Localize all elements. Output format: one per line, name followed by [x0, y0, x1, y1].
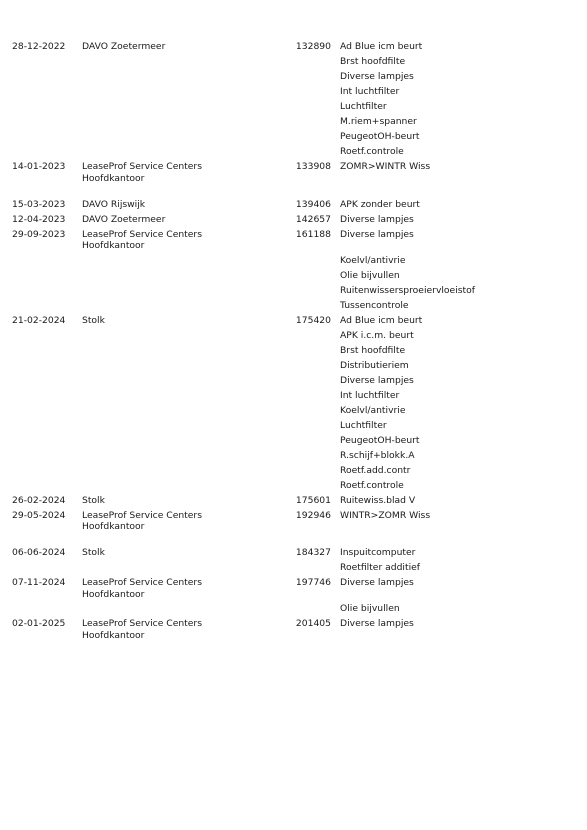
service-location-line: LeaseProf Service Centers	[82, 618, 282, 630]
odometer-km: 139406	[296, 199, 331, 210]
service-item: Ad Blue icm beurt	[340, 41, 422, 52]
service-item: Brst hoofdfilte	[340, 56, 405, 67]
service-date: 26-02-2024	[12, 495, 65, 506]
service-item: Diverse lampjes	[340, 618, 414, 629]
service-date: 14-01-2023	[12, 161, 65, 172]
odometer-km: 184327	[296, 547, 331, 558]
service-location-line: LeaseProf Service Centers	[82, 229, 282, 241]
service-location-line: LeaseProf Service Centers	[82, 510, 282, 522]
service-location-line: Hoofdkantoor	[82, 521, 282, 533]
service-location: LeaseProf Service CentersHoofdkantoor	[82, 229, 282, 252]
service-item: Tussencontrole	[340, 300, 409, 311]
service-location-line: LeaseProf Service Centers	[82, 161, 282, 173]
service-location-line: Stolk	[82, 547, 282, 559]
service-location: LeaseProf Service CentersHoofdkantoor	[82, 618, 282, 641]
service-item: Luchtfilter	[340, 101, 387, 112]
service-item: Roetfilter additief	[340, 562, 420, 573]
service-item: Int luchtfilter	[340, 86, 399, 97]
service-date: 02-01-2025	[12, 618, 65, 629]
odometer-km: 133908	[296, 161, 331, 172]
service-item: Diverse lampjes	[340, 375, 414, 386]
service-item: Olie bijvullen	[340, 270, 400, 281]
odometer-km: 197746	[296, 577, 331, 588]
service-location-line: Hoofdkantoor	[82, 589, 282, 601]
service-item: Inspuitcomputer	[340, 547, 415, 558]
service-date: 29-05-2024	[12, 510, 65, 521]
service-location: DAVO Rijswijk	[82, 199, 282, 211]
service-date: 06-06-2024	[12, 547, 65, 558]
service-location-line: DAVO Zoetermeer	[82, 41, 282, 53]
service-location-line: DAVO Rijswijk	[82, 199, 282, 211]
service-location-line: Stolk	[82, 495, 282, 507]
service-location-line: Stolk	[82, 315, 282, 327]
service-item: Olie bijvullen	[340, 603, 400, 614]
odometer-km: 175420	[296, 315, 331, 326]
service-item: Int luchtfilter	[340, 390, 399, 401]
service-item: Ruitenwissersproeiervloeistof	[340, 285, 475, 296]
service-location-line: Hoofdkantoor	[82, 240, 282, 252]
odometer-km: 161188	[296, 229, 331, 240]
service-location: Stolk	[82, 495, 282, 507]
odometer-km: 201405	[296, 618, 331, 629]
service-item: Diverse lampjes	[340, 214, 414, 225]
service-item: WINTR>ZOMR Wiss	[340, 510, 430, 521]
service-item: Roetf.add.contr	[340, 465, 410, 476]
service-item: Roetf.controle	[340, 480, 404, 491]
service-item: APK zonder beurt	[340, 199, 420, 210]
service-location: LeaseProf Service CentersHoofdkantoor	[82, 577, 282, 600]
service-item: Koelvl/antivrie	[340, 405, 406, 416]
service-location: DAVO Zoetermeer	[82, 41, 282, 53]
service-item: ZOMR>WINTR Wiss	[340, 161, 430, 172]
service-location: DAVO Zoetermeer	[82, 214, 282, 226]
service-date: 28-12-2022	[12, 41, 65, 52]
service-date: 07-11-2024	[12, 577, 65, 588]
service-location-line: Hoofdkantoor	[82, 173, 282, 185]
service-item: Diverse lampjes	[340, 71, 414, 82]
service-location: Stolk	[82, 547, 282, 559]
service-date: 15-03-2023	[12, 199, 65, 210]
service-item: Luchtfilter	[340, 420, 387, 431]
odometer-km: 192946	[296, 510, 331, 521]
service-item: M.riem+spanner	[340, 116, 417, 127]
service-item: Brst hoofdfilte	[340, 345, 405, 356]
service-item: Diverse lampjes	[340, 229, 414, 240]
service-date: 21-02-2024	[12, 315, 65, 326]
odometer-km: 142657	[296, 214, 331, 225]
service-location: LeaseProf Service CentersHoofdkantoor	[82, 510, 282, 533]
service-item: R.schijf+blokk.A	[340, 450, 415, 461]
service-item: PeugeotOH-beurt	[340, 435, 420, 446]
service-item: Distributieriem	[340, 360, 409, 371]
service-date: 29-09-2023	[12, 229, 65, 240]
odometer-km: 132890	[296, 41, 331, 52]
service-item: Diverse lampjes	[340, 577, 414, 588]
service-item: Ad Blue icm beurt	[340, 315, 422, 326]
service-item: Ruitewiss.blad V	[340, 495, 415, 506]
service-location-line: LeaseProf Service Centers	[82, 577, 282, 589]
service-location: LeaseProf Service CentersHoofdkantoor	[82, 161, 282, 184]
service-item: APK i.c.m. beurt	[340, 330, 414, 341]
service-item: Roetf.controle	[340, 146, 404, 157]
service-item: Koelvl/antivrie	[340, 255, 406, 266]
service-location: Stolk	[82, 315, 282, 327]
service-date: 12-04-2023	[12, 214, 65, 225]
odometer-km: 175601	[296, 495, 331, 506]
service-location-line: DAVO Zoetermeer	[82, 214, 282, 226]
service-item: PeugeotOH-beurt	[340, 131, 420, 142]
service-location-line: Hoofdkantoor	[82, 630, 282, 642]
